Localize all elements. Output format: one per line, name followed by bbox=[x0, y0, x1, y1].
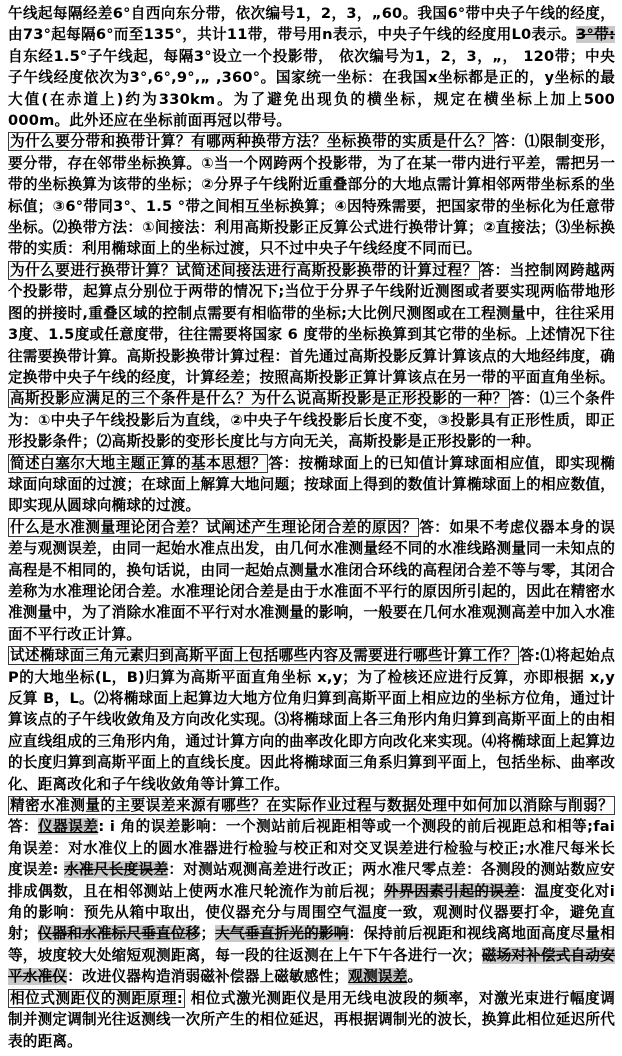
paragraph: 简述白塞尔大地主题正算的基本思想？答：按椭球面上的已知值计算球面相应值，即实现椭… bbox=[8, 453, 615, 517]
body-text: 午线起每隔经差6°自西向东分带，依次编号1，2，3，„60。我国6°带中央子午线… bbox=[8, 5, 615, 43]
body-text: 。 bbox=[407, 968, 422, 985]
paragraph: 为什么要分带和换带计算？有哪两种换带方法？坐标换带的实质是什么？答：⑴限制变形，… bbox=[8, 131, 615, 259]
body-text: 答：⑴限制变形，要分带，存在邻带坐标换算。①当一个网跨两个投影带，为了在某一带内… bbox=[8, 133, 615, 257]
paragraph: 为什么要进行换带计算？试简述间接法进行高斯投影换带的计算过程？答：当控制网跨越两… bbox=[8, 260, 615, 388]
question-box: 精密水准测量的主要误差来源有哪些？在实际作业过程与数据处理中如何加以消除与削弱？ bbox=[8, 796, 615, 815]
question-box: 为什么要分带和换带计算？有哪两种换带方法？坐标换带的实质是什么？ bbox=[8, 132, 495, 151]
body-text: 答：如果不考虑仪器本身的误差与观测误差，由同一起始水准点出发，由几何水准测量经不… bbox=[8, 519, 615, 643]
highlighted-struck-term: 水准尺长度误差 bbox=[64, 861, 168, 878]
question-box: 高斯投影应满足的三个条件是什么？为什么说高斯投影是正形投影的一种？ bbox=[8, 389, 510, 408]
document-page: 午线起每隔经差6°自西向东分带，依次编号1，2，3，„60。我国6°带中央子午线… bbox=[0, 0, 622, 1056]
highlighted-struck-term: 大气垂直折光的影响 bbox=[215, 925, 348, 942]
highlighted-struck-term: 仪器和水准标尺垂直位移 bbox=[38, 925, 201, 942]
highlighted-struck-term: 外界因素引起的误差 bbox=[384, 883, 520, 900]
body-text: 答:⑴将起始点P的大地坐标(L，B)归算为高斯平面直角坐标 x,y；为了检核还应… bbox=[8, 647, 615, 792]
highlighted-underlined-term: 仪器误差 bbox=[38, 818, 98, 835]
paragraph: 试述椭球面三角元素归到高斯平面上包括哪些内容及需要进行哪些计算工作？答:⑴将起始… bbox=[8, 645, 615, 795]
body-text: 答：当控制网跨越两个投影带，起算点分别位于两带的情况下;当位于分界子午线附近测图… bbox=[8, 262, 615, 386]
highlighted-struck-term: 3°带: bbox=[576, 26, 615, 43]
question-box: 什么是水准测量理论闭合差？试阐述产生理论闭合差的原因？ bbox=[8, 518, 419, 537]
question-box: 试述椭球面三角元素归到高斯平面上包括哪些内容及需要进行哪些计算工作？ bbox=[8, 646, 519, 665]
paragraph: 午线起每隔经差6°自西向东分带，依次编号1，2，3，„60。我国6°带中央子午线… bbox=[8, 3, 615, 131]
body-text: 答： bbox=[8, 818, 38, 835]
highlighted-underlined-term: 观测误差 bbox=[348, 968, 407, 985]
paragraph: 什么是水准测量理论闭合差？试阐述产生理论闭合差的原因？答：如果不考虑仪器本身的误… bbox=[8, 517, 615, 645]
body-text: 自东经1.5°子午线起，每隔3°设立一个投影带， 依次编号为1，2，3，„， 1… bbox=[8, 48, 615, 129]
body-text: ：改进仪器构造消弱磁补偿器上磁敏感性； bbox=[67, 968, 348, 985]
body-text: ； bbox=[200, 925, 215, 942]
question-box: 简述白塞尔大地主题正算的基本思想？ bbox=[8, 454, 268, 473]
question-box: 相位式测距仪的测距原理: bbox=[8, 989, 185, 1008]
paragraph: 相位式测距仪的测距原理: 相位式激光测距仪是用无线电波段的频率，对激光束进行幅度… bbox=[8, 988, 615, 1052]
question-box: 为什么要进行换带计算？试简述间接法进行高斯投影换带的计算过程？ bbox=[8, 261, 480, 280]
paragraph: 高斯投影应满足的三个条件是什么？为什么说高斯投影是正形投影的一种？答：⑴三个条件… bbox=[8, 388, 615, 452]
